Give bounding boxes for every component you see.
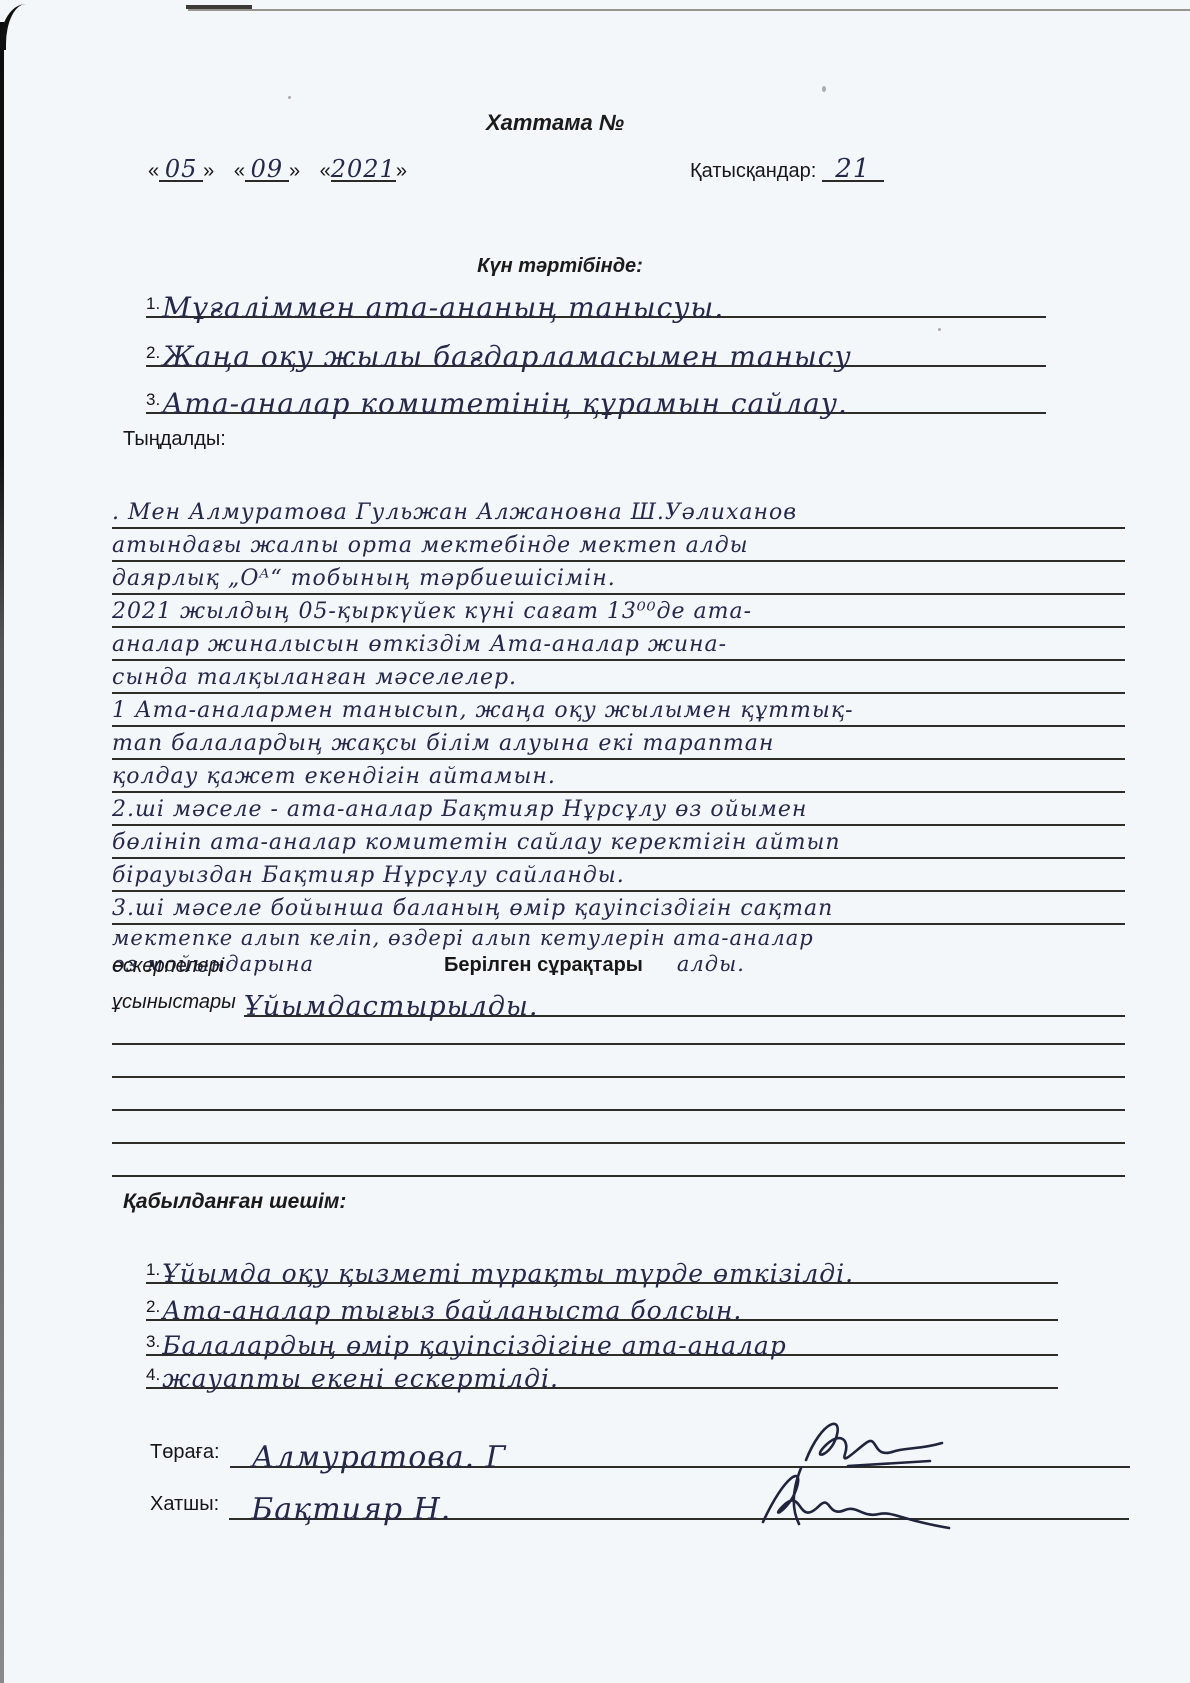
heard-line: бірауыздан Бақтияр Нұрсұлу сайланды. [112,859,1125,892]
agenda-item-number: 3. [146,390,160,412]
chairman-rule: Алмуратова. Г [230,1438,1130,1468]
decision-item-number: 2. [146,1297,160,1319]
heard-text-block: . Мен Алмуратова Гульжан Алжановна Ш.Уәл… [112,496,1125,982]
secretary-name: Бақтияр Н. [251,1492,451,1527]
quote-close: » [396,160,407,182]
decision-item-1: 1. Ұйымда оқу қызметі тұрақты түрде өткі… [146,1246,1058,1284]
date-day-value: 05 [159,158,203,182]
decision-item-number: 1. [146,1260,160,1282]
handwritten-text: алды. [677,952,745,976]
heard-line: 1 Ата-аналармен танысып, жаңа оқу жылыме… [112,694,1125,727]
handwritten-text: мектепке алып келіп, өздері алып кетулер… [112,926,814,950]
heard-line: тап балалардың жақсы білім алуына екі та… [112,727,1125,760]
quote-open: « [148,160,159,182]
handwritten-text: 2021 жылдың 05-қыркүйек күні сағат 13⁰⁰д… [112,599,752,624]
decision-item-number: 4. [146,1365,160,1387]
date-month-group: «09» [234,160,300,182]
blank-line [112,1012,1125,1045]
participants-line: Қатысқандар: 21 [690,158,884,183]
blank-line [112,1111,1125,1144]
heard-line: атындағы жалпы орта мектебінде мектеп ал… [112,529,1125,562]
blank-line [112,1078,1125,1111]
scanned-protocol-page: Хаттама № «05» «09» «2021» Қатысқандар: … [0,0,1190,1683]
chairman-signature-row: Төраға: Алмуратова. Г [150,1428,1130,1468]
heard-line: аналар жиналысын өткіздім Ата-аналар жин… [112,628,1125,661]
heard-line: 3.ші мәселе бойынша баланың өмір қауіпсі… [112,892,1125,925]
secretary-signature-row: Хатшы: Бақтияр Н. [150,1480,1129,1520]
handwritten-text: даярлық „Оᴬ“ тобының тәрбиешісімін. [112,566,616,591]
agenda-item-text: Ата-аналар комитетінің құрамын сайлау. [162,391,848,417]
agenda-item-text: Жаңа оқу жылы бағдарламасымен танысу [162,344,852,370]
decision-item-2: 2. Ата-аналар тығыз байланыста болсын. [146,1283,1058,1321]
heard-line: қолдау қажет екендігін айтамын. [112,760,1125,793]
given-questions-label: Берілген сұрақтары [444,954,643,977]
date-line: «05» «09» «2021» [148,158,421,183]
handwritten-text: 2.ші мәселе - ата-аналар Бақтияр Нұрсұлу… [112,797,807,822]
secretary-signature [749,1460,959,1538]
agenda-item-1: 1. Мұғаліммен ата-ананың танысуы. [146,272,1046,318]
handwritten-text: сында талқыланған мәселелер. [112,665,517,690]
date-year-group: «2021» [320,160,407,182]
handwritten-text: бірауыздан Бақтияр Нұрсұлу сайланды. [112,863,625,888]
heard-last-line: өз мойындарына Берілген сұрақтары алды. [112,952,1125,982]
quote-close: » [289,160,300,182]
scan-speck [288,96,291,99]
decision-heading: Қабылданған шешім: [123,1190,346,1214]
heard-section-label: Тыңдалды: [123,428,226,451]
scan-corner-curve [0,4,32,50]
blank-ruled-lines [112,1012,1125,1177]
quote-open: « [320,160,331,182]
agenda-item-number: 1. [146,294,160,316]
heard-line: бөлініп ата-аналар комитетін сайлау кере… [112,826,1125,859]
decision-item-text: жауапты екені ескертілді. [162,1367,559,1391]
handwritten-text: тап балалардың жақсы білім алуына екі та… [112,731,774,756]
agenda-item-2: 2. Жаңа оқу жылы бағдарламасымен танысу [146,321,1046,367]
handwritten-text: қолдау қажет екендігін айтамын. [112,764,556,789]
date-month-value: 09 [245,158,289,182]
quote-close: » [203,160,214,182]
secretary-label: Хатшы: [150,1493,219,1520]
participants-label: Қатысқандар: [690,160,816,182]
secretary-rule: Бақтияр Н. [229,1490,1129,1520]
quote-open: « [234,160,245,182]
date-day-group: «05» [148,160,214,182]
agenda-item-number: 2. [146,343,160,365]
agenda-item-text: Мұғаліммен ата-ананың танысуы. [162,295,724,321]
heard-line: даярлық „Оᴬ“ тобының тәрбиешісімін. [112,562,1125,595]
handwritten-text: . Мен Алмуратова Гульжан Алжановна Ш.Уәл… [112,500,797,525]
remarks-label: ескерпелері [112,955,224,978]
heard-line-unruled: мектепке алып келіп, өздері алып кетулер… [112,925,1125,952]
handwritten-text: атындағы жалпы орта мектебінде мектеп ал… [112,533,749,558]
scan-top-edge-dark-segment [186,5,252,9]
handwritten-text: бөлініп ата-аналар комитетін сайлау кере… [112,830,841,855]
chairman-label: Төраға: [150,1441,220,1468]
scan-speck [822,86,826,92]
date-year-value: 2021 [331,158,396,182]
heard-line: . Мен Алмуратова Гульжан Алжановна Ш.Уәл… [112,496,1125,529]
heard-line: сында талқыланған мәселелер. [112,661,1125,694]
agenda-item-3: 3. Ата-аналар комитетінің құрамын сайлау… [146,368,1046,414]
heard-line: 2.ші мәселе - ата-аналар Бақтияр Нұрсұлу… [112,793,1125,826]
scan-top-edge-line [188,9,1190,11]
handwritten-text: 1 Ата-аналармен танысып, жаңа оқу жылыме… [112,698,854,723]
decision-item-4: 4. жауапты екені ескертілді. [146,1351,1058,1389]
handwritten-text: 3.ші мәселе бойынша баланың өмір қауіпсі… [112,896,833,921]
blank-line [112,1144,1125,1177]
participants-count: 21 [822,158,884,182]
chairman-name: Алмуратова. Г [252,1440,507,1475]
blank-line [112,1045,1125,1078]
document-title: Хаттама № [0,110,1110,136]
handwritten-text: аналар жиналысын өткіздім Ата-аналар жин… [112,632,727,657]
heard-line: 2021 жылдың 05-қыркүйек күні сағат 13⁰⁰д… [112,595,1125,628]
